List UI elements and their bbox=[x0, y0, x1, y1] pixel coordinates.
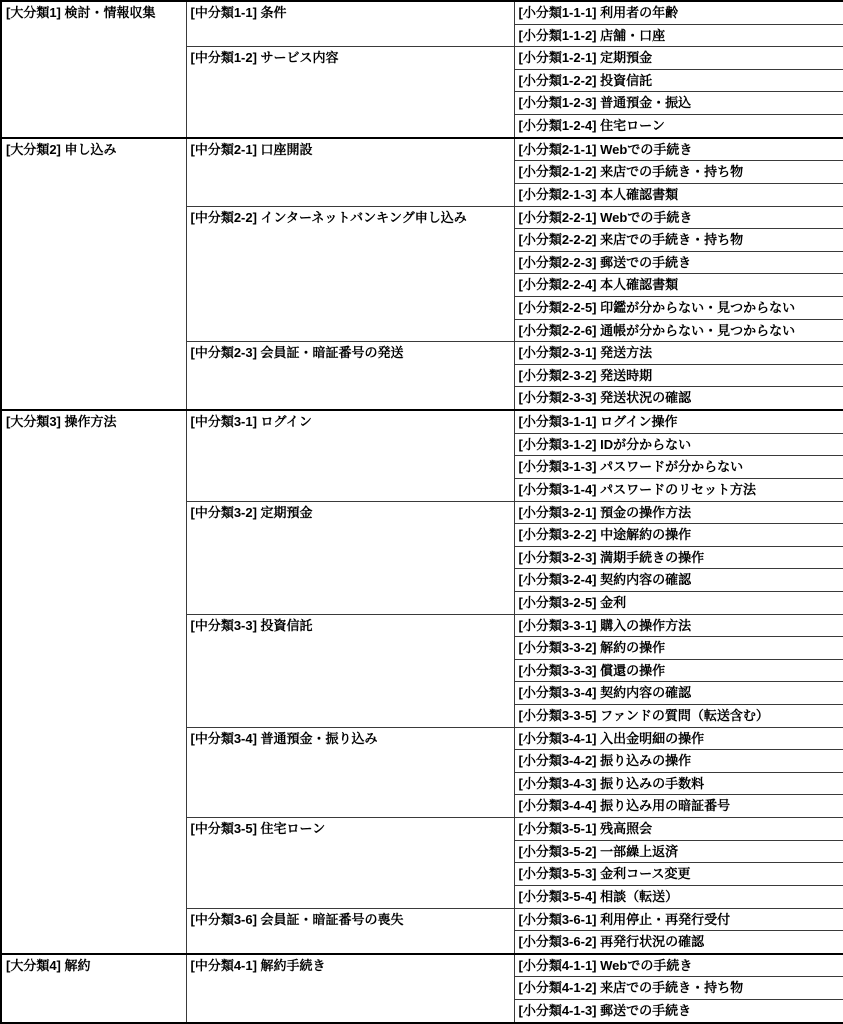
minor-category-cell: [小分類2-1-2] 来店での手続き・持ち物 bbox=[514, 161, 843, 184]
minor-category-cell: [小分類2-3-1] 発送方法 bbox=[514, 342, 843, 365]
middle-category-cell: [中分類4-1] 解約手続き bbox=[186, 954, 514, 1023]
minor-category-cell: [小分類3-4-2] 振り込みの操作 bbox=[514, 750, 843, 773]
minor-category-cell: [小分類3-5-1] 残高照会 bbox=[514, 818, 843, 841]
minor-category-cell: [小分類3-1-4] パスワードのリセット方法 bbox=[514, 478, 843, 501]
minor-category-cell: [小分類4-1-2] 来店での手続き・持ち物 bbox=[514, 977, 843, 1000]
major-category-cell: [大分類4] 解約 bbox=[1, 954, 186, 1023]
middle-category-cell: [中分類3-1] ログイン bbox=[186, 410, 514, 501]
minor-category-cell: [小分類2-2-2] 来店での手続き・持ち物 bbox=[514, 229, 843, 252]
major-category-cell: [大分類1] 検討・情報収集 bbox=[1, 1, 186, 138]
minor-category-cell: [小分類1-2-1] 定期預金 bbox=[514, 47, 843, 70]
middle-category-cell: [中分類2-3] 会員証・暗証番号の発送 bbox=[186, 342, 514, 410]
minor-category-cell: [小分類1-1-1] 利用者の年齢 bbox=[514, 1, 843, 24]
minor-category-cell: [小分類1-2-2] 投資信託 bbox=[514, 69, 843, 92]
minor-category-cell: [小分類3-1-3] パスワードが分からない bbox=[514, 456, 843, 479]
minor-category-cell: [小分類3-3-1] 購入の操作方法 bbox=[514, 614, 843, 637]
major-category-cell: [大分類3] 操作方法 bbox=[1, 410, 186, 954]
minor-category-cell: [小分類1-1-2] 店舗・口座 bbox=[514, 24, 843, 47]
minor-category-cell: [小分類3-4-1] 入出金明細の操作 bbox=[514, 727, 843, 750]
table-row: [大分類4] 解約[中分類4-1] 解約手続き[小分類4-1-1] Webでの手… bbox=[1, 954, 843, 977]
middle-category-cell: [中分類3-2] 定期預金 bbox=[186, 501, 514, 614]
middle-category-cell: [中分類1-1] 条件 bbox=[186, 1, 514, 47]
minor-category-cell: [小分類3-5-3] 金利コース変更 bbox=[514, 863, 843, 886]
minor-category-cell: [小分類3-2-4] 契約内容の確認 bbox=[514, 569, 843, 592]
minor-category-cell: [小分類2-1-1] Webでの手続き bbox=[514, 138, 843, 161]
middle-category-cell: [中分類2-1] 口座開設 bbox=[186, 138, 514, 206]
middle-category-cell: [中分類1-2] サービス内容 bbox=[186, 47, 514, 138]
middle-category-cell: [中分類3-5] 住宅ローン bbox=[186, 818, 514, 908]
minor-category-cell: [小分類3-2-1] 預金の操作方法 bbox=[514, 501, 843, 524]
table-row: [大分類1] 検討・情報収集[中分類1-1] 条件[小分類1-1-1] 利用者の… bbox=[1, 1, 843, 24]
minor-category-cell: [小分類3-1-2] IDが分からない bbox=[514, 433, 843, 456]
minor-category-cell: [小分類3-3-2] 解約の操作 bbox=[514, 637, 843, 660]
minor-category-cell: [小分類4-1-1] Webでの手続き bbox=[514, 954, 843, 977]
middle-category-cell: [中分類2-2] インターネットバンキング申し込み bbox=[186, 206, 514, 342]
minor-category-cell: [小分類3-4-3] 振り込みの手数料 bbox=[514, 772, 843, 795]
minor-category-cell: [小分類3-6-2] 再発行状況の確認 bbox=[514, 931, 843, 954]
middle-category-cell: [中分類3-3] 投資信託 bbox=[186, 614, 514, 727]
category-table-body: [大分類1] 検討・情報収集[中分類1-1] 条件[小分類1-1-1] 利用者の… bbox=[1, 1, 843, 1023]
minor-category-cell: [小分類1-2-3] 普通預金・振込 bbox=[514, 92, 843, 115]
minor-category-cell: [小分類3-5-2] 一部繰上返済 bbox=[514, 840, 843, 863]
minor-category-cell: [小分類3-4-4] 振り込み用の暗証番号 bbox=[514, 795, 843, 818]
middle-category-cell: [中分類3-4] 普通預金・振り込み bbox=[186, 727, 514, 817]
minor-category-cell: [小分類3-3-3] 償還の操作 bbox=[514, 659, 843, 682]
minor-category-cell: [小分類2-3-3] 発送状況の確認 bbox=[514, 387, 843, 410]
minor-category-cell: [小分類3-2-3] 満期手続きの操作 bbox=[514, 546, 843, 569]
major-category-cell: [大分類2] 申し込み bbox=[1, 138, 186, 410]
table-row: [大分類3] 操作方法[中分類3-1] ログイン[小分類3-1-1] ログイン操… bbox=[1, 410, 843, 433]
minor-category-cell: [小分類2-2-3] 郵送での手続き bbox=[514, 251, 843, 274]
minor-category-cell: [小分類3-2-2] 中途解約の操作 bbox=[514, 524, 843, 547]
minor-category-cell: [小分類3-1-1] ログイン操作 bbox=[514, 410, 843, 433]
minor-category-cell: [小分類2-2-1] Webでの手続き bbox=[514, 206, 843, 229]
minor-category-cell: [小分類3-3-4] 契約内容の確認 bbox=[514, 682, 843, 705]
table-row: [大分類2] 申し込み[中分類2-1] 口座開設[小分類2-1-1] Webでの… bbox=[1, 138, 843, 161]
minor-category-cell: [小分類3-6-1] 利用停止・再発行受付 bbox=[514, 908, 843, 931]
minor-category-cell: [小分類4-1-3] 郵送での手続き bbox=[514, 1000, 843, 1023]
minor-category-cell: [小分類3-5-4] 相談（転送） bbox=[514, 885, 843, 908]
minor-category-cell: [小分類2-3-2] 発送時期 bbox=[514, 364, 843, 387]
minor-category-cell: [小分類3-3-5] ファンドの質問（転送含む） bbox=[514, 705, 843, 728]
minor-category-cell: [小分類3-2-5] 金利 bbox=[514, 592, 843, 615]
middle-category-cell: [中分類3-6] 会員証・暗証番号の喪失 bbox=[186, 908, 514, 954]
minor-category-cell: [小分類2-1-3] 本人確認書類 bbox=[514, 183, 843, 206]
minor-category-cell: [小分類2-2-4] 本人確認書類 bbox=[514, 274, 843, 297]
minor-category-cell: [小分類2-2-5] 印鑑が分からない・見つからない bbox=[514, 297, 843, 320]
category-taxonomy-table: [大分類1] 検討・情報収集[中分類1-1] 条件[小分類1-1-1] 利用者の… bbox=[0, 0, 843, 1024]
minor-category-cell: [小分類1-2-4] 住宅ローン bbox=[514, 115, 843, 138]
minor-category-cell: [小分類2-2-6] 通帳が分からない・見つからない bbox=[514, 319, 843, 342]
